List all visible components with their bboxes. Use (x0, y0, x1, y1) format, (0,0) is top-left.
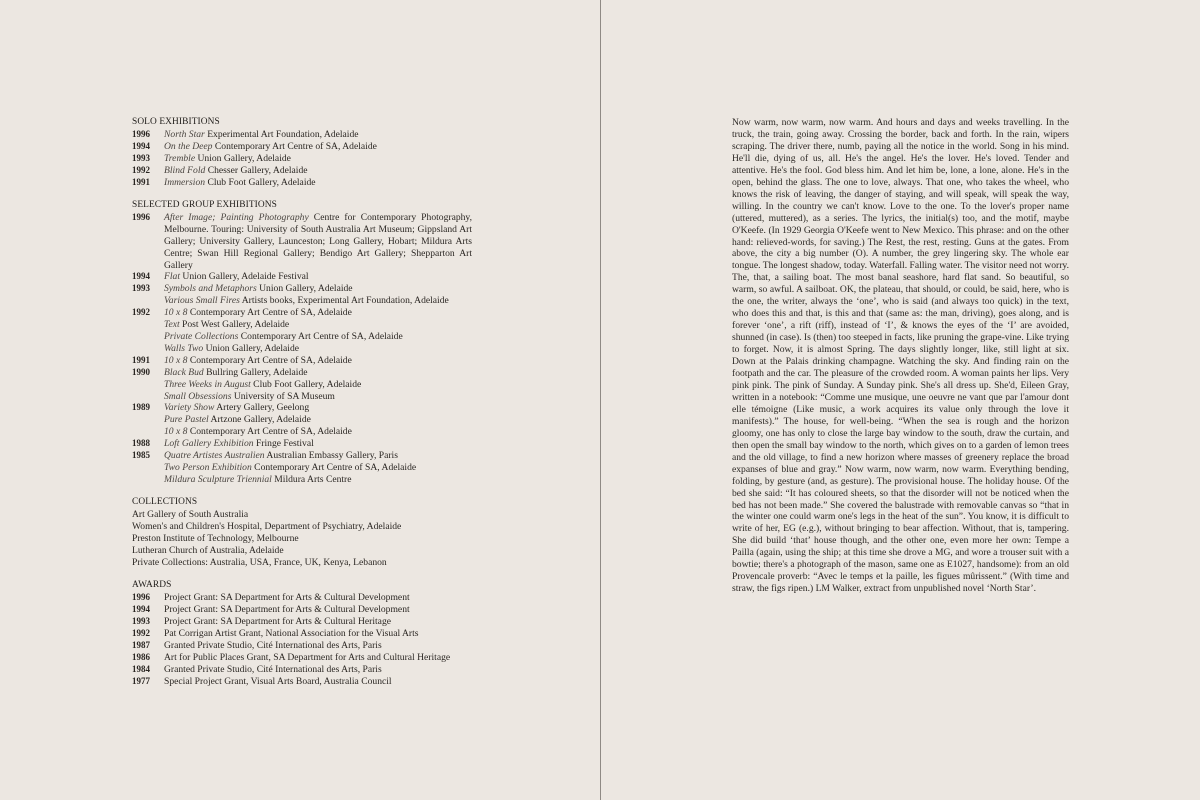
entry-line: Three Weeks in August Club Foot Gallery,… (164, 379, 472, 391)
collection-item: Preston Institute of Technology, Melbour… (132, 533, 472, 545)
novel-extract-text: Now warm, now warm, now warm. And hours … (732, 117, 1069, 595)
exhibition-title: After Image; Painting Photography (164, 212, 309, 223)
exhibition-venue: Mildura Arts Centre (272, 474, 352, 485)
exhibition-title: Symbols and Metaphors (164, 283, 257, 294)
exhibition-venue: Union Gallery, Adelaide Festival (180, 271, 309, 282)
entry-year: 1984 (132, 664, 164, 676)
entry-line: 10 x 8 Contemporary Art Centre of SA, Ad… (164, 426, 472, 438)
entry-body: 10 x 8 Contemporary Art Centre of SA, Ad… (164, 355, 472, 367)
entry-line: Private Collections Contemporary Art Cen… (164, 331, 472, 343)
entry-body: Tremble Union Gallery, Adelaide (164, 153, 472, 165)
exhibition-venue: Post West Gallery, Adelaide (180, 319, 290, 330)
award-text: Art for Public Places Grant, SA Departme… (164, 652, 472, 664)
exhibition-title: 10 x 8 (164, 426, 187, 437)
entry-year: 1993 (132, 616, 164, 628)
exhibition-entry: 1994 On the Deep Contemporary Art Centre… (132, 141, 472, 153)
entry-year: 1986 (132, 652, 164, 664)
entry-line: Flat Union Gallery, Adelaide Festival (164, 271, 472, 283)
exhibition-title: Immersion (164, 177, 205, 188)
exhibition-venue: Artzone Gallery, Adelaide (209, 414, 311, 425)
group-exhibitions-section: SELECTED GROUP EXHIBITIONS 1996 After Im… (132, 200, 472, 486)
entry-year: 1993 (132, 153, 164, 165)
section-heading: COLLECTIONS (132, 497, 472, 509)
entry-body: Quatre Artistes Australien Australian Em… (164, 450, 472, 486)
exhibition-venue: Club Foot Gallery, Adelaide (205, 177, 316, 188)
exhibition-venue: Contemporary Art Centre of SA, Adelaide (187, 355, 351, 366)
exhibition-entry: 1996 North Star Experimental Art Foundat… (132, 129, 472, 141)
exhibition-venue: Fringe Festival (254, 438, 314, 449)
entry-line: Walls Two Union Gallery, Adelaide (164, 343, 472, 355)
award-text: Special Project Grant, Visual Arts Board… (164, 676, 472, 688)
exhibition-title: Various Small Fires (164, 295, 240, 306)
entry-line: 10 x 8 Contemporary Art Centre of SA, Ad… (164, 307, 472, 319)
entry-body: Variety Show Artery Gallery, Geelong Pur… (164, 402, 472, 438)
entry-line: Black Bud Bullring Gallery, Adelaide (164, 367, 472, 379)
entry-year: 1991 (132, 177, 164, 189)
exhibition-entry: 1994 Flat Union Gallery, Adelaide Festiv… (132, 271, 472, 283)
award-text: Granted Private Studio, Cité Internation… (164, 640, 472, 652)
exhibition-venue: Artists books, Experimental Art Foundati… (240, 295, 449, 306)
entry-line: Loft Gallery Exhibition Fringe Festival (164, 438, 472, 450)
award-entry: 1992 Pat Corrigan Artist Grant, National… (132, 628, 472, 640)
exhibition-entry: 1985 Quatre Artistes Australien Australi… (132, 450, 472, 486)
exhibition-entry: 1991 Immersion Club Foot Gallery, Adelai… (132, 177, 472, 189)
exhibition-title: 10 x 8 (164, 355, 187, 366)
exhibition-title: Loft Gallery Exhibition (164, 438, 254, 449)
exhibition-venue: Bullring Gallery, Adelaide (204, 367, 308, 378)
entry-year: 1994 (132, 271, 164, 283)
entry-year: 1992 (132, 628, 164, 640)
entry-year: 1985 (132, 450, 164, 486)
exhibition-venue: Club Foot Gallery, Adelaide (251, 379, 362, 390)
award-text: Pat Corrigan Artist Grant, National Asso… (164, 628, 472, 640)
exhibition-title: Tremble (164, 153, 195, 164)
exhibition-venue: Contemporary Art Centre of SA, Adelaide (187, 426, 351, 437)
entry-line: Text Post West Gallery, Adelaide (164, 319, 472, 331)
exhibition-venue: Contemporary Art Centre of SA, Adelaide (238, 331, 402, 342)
exhibition-entry: 1989 Variety Show Artery Gallery, Geelon… (132, 402, 472, 438)
exhibition-title: On the Deep (164, 141, 212, 152)
entry-year: 1992 (132, 165, 164, 177)
exhibition-title: Text (164, 319, 180, 330)
entry-year: 1988 (132, 438, 164, 450)
entry-line: North Star Experimental Art Foundation, … (164, 129, 472, 141)
exhibition-title: Two Person Exhibition (164, 462, 252, 473)
entry-year: 1994 (132, 604, 164, 616)
entry-year: 1989 (132, 402, 164, 438)
award-entry: 1977 Special Project Grant, Visual Arts … (132, 676, 472, 688)
exhibition-title: Pure Pastel (164, 414, 209, 425)
entry-year: 1977 (132, 676, 164, 688)
exhibition-entry: 1993 Tremble Union Gallery, Adelaide (132, 153, 472, 165)
award-entry: 1993 Project Grant: SA Department for Ar… (132, 616, 472, 628)
exhibition-title: North Star (164, 129, 205, 140)
exhibition-entry: 1988 Loft Gallery Exhibition Fringe Fest… (132, 438, 472, 450)
exhibition-title: Flat (164, 271, 180, 282)
exhibition-venue: Union Gallery, Adelaide (203, 343, 299, 354)
entry-body: Flat Union Gallery, Adelaide Festival (164, 271, 472, 283)
exhibition-title: Walls Two (164, 343, 203, 354)
entry-year: 1992 (132, 307, 164, 355)
award-entry: 1986 Art for Public Places Grant, SA Dep… (132, 652, 472, 664)
entry-line: Mildura Sculpture Triennial Mildura Arts… (164, 474, 472, 486)
exhibition-title: Quatre Artistes Australien (164, 450, 265, 461)
award-entry: 1984 Granted Private Studio, Cité Intern… (132, 664, 472, 676)
entry-body: Black Bud Bullring Gallery, Adelaide Thr… (164, 367, 472, 403)
award-text: Project Grant: SA Department for Arts & … (164, 604, 472, 616)
exhibition-title: Variety Show (164, 402, 214, 413)
exhibition-title: Small Obsessions (164, 391, 231, 402)
entry-line: On the Deep Contemporary Art Centre of S… (164, 141, 472, 153)
left-page: SOLO EXHIBITIONS 1996 North Star Experim… (0, 0, 600, 800)
exhibition-venue: University of SA Museum (231, 391, 334, 402)
entry-year: 1990 (132, 367, 164, 403)
exhibition-venue: Union Gallery, Adelaide (257, 283, 353, 294)
entry-line: Small Obsessions University of SA Museum (164, 391, 472, 403)
entry-year: 1996 (132, 212, 164, 272)
entry-line: Various Small Fires Artists books, Exper… (164, 295, 472, 307)
entry-line: Pure Pastel Artzone Gallery, Adelaide (164, 414, 472, 426)
collections-section: COLLECTIONS Art Gallery of South Austral… (132, 497, 472, 568)
entry-body: After Image; Painting Photography Centre… (164, 212, 472, 272)
exhibition-title: Three Weeks in August (164, 379, 251, 390)
exhibition-entry: 1996 After Image; Painting Photography C… (132, 212, 472, 272)
award-entry: 1994 Project Grant: SA Department for Ar… (132, 604, 472, 616)
entry-body: Blind Fold Chesser Gallery, Adelaide (164, 165, 472, 177)
award-text: Granted Private Studio, Cité Internation… (164, 664, 472, 676)
exhibition-title: Mildura Sculpture Triennial (164, 474, 272, 485)
exhibition-entry: 1990 Black Bud Bullring Gallery, Adelaid… (132, 367, 472, 403)
entry-year: 1987 (132, 640, 164, 652)
section-heading: SELECTED GROUP EXHIBITIONS (132, 200, 472, 212)
award-entry: 1987 Granted Private Studio, Cité Intern… (132, 640, 472, 652)
entry-line: Two Person Exhibition Contemporary Art C… (164, 462, 472, 474)
entry-body: 10 x 8 Contemporary Art Centre of SA, Ad… (164, 307, 472, 355)
exhibition-entry: 1993 Symbols and Metaphors Union Gallery… (132, 283, 472, 307)
entry-body: North Star Experimental Art Foundation, … (164, 129, 472, 141)
entry-line: Variety Show Artery Gallery, Geelong (164, 402, 472, 414)
exhibition-venue: Contemporary Art Centre of SA, Adelaide (212, 141, 376, 152)
exhibition-venue: Union Gallery, Adelaide (195, 153, 291, 164)
award-text: Project Grant: SA Department for Arts & … (164, 616, 472, 628)
exhibition-title: 10 x 8 (164, 307, 187, 318)
exhibition-entry: 1992 Blind Fold Chesser Gallery, Adelaid… (132, 165, 472, 177)
entry-line: Tremble Union Gallery, Adelaide (164, 153, 472, 165)
section-heading: SOLO EXHIBITIONS (132, 117, 472, 129)
collection-item: Art Gallery of South Australia (132, 509, 472, 521)
exhibition-venue: Australian Embassy Gallery, Paris (265, 450, 398, 461)
entry-year: 1996 (132, 592, 164, 604)
exhibition-title: Black Bud (164, 367, 204, 378)
exhibition-venue: Contemporary Art Centre of SA, Adelaide (252, 462, 416, 473)
award-text: Project Grant: SA Department for Arts & … (164, 592, 472, 604)
entry-line: Blind Fold Chesser Gallery, Adelaide (164, 165, 472, 177)
collection-item: Private Collections: Australia, USA, Fra… (132, 557, 472, 569)
exhibition-venue: Artery Gallery, Geelong (214, 402, 309, 413)
collection-item: Lutheran Church of Australia, Adelaide (132, 545, 472, 557)
book-spread: SOLO EXHIBITIONS 1996 North Star Experim… (0, 0, 1200, 800)
solo-exhibitions-section: SOLO EXHIBITIONS 1996 North Star Experim… (132, 117, 472, 188)
collection-item: Women's and Children's Hospital, Departm… (132, 521, 472, 533)
entry-year: 1991 (132, 355, 164, 367)
entry-line: Quatre Artistes Australien Australian Em… (164, 450, 472, 462)
exhibition-venue: Chesser Gallery, Adelaide (205, 165, 307, 176)
entry-year: 1993 (132, 283, 164, 307)
awards-section: AWARDS 1996 Project Grant: SA Department… (132, 580, 472, 687)
entry-line: After Image; Painting Photography Centre… (164, 212, 472, 272)
section-heading: AWARDS (132, 580, 472, 592)
entry-line: Immersion Club Foot Gallery, Adelaide (164, 177, 472, 189)
entry-year: 1996 (132, 129, 164, 141)
entry-body: Immersion Club Foot Gallery, Adelaide (164, 177, 472, 189)
entry-line: 10 x 8 Contemporary Art Centre of SA, Ad… (164, 355, 472, 367)
entry-body: Symbols and Metaphors Union Gallery, Ade… (164, 283, 472, 307)
exhibition-entry: 1992 10 x 8 Contemporary Art Centre of S… (132, 307, 472, 355)
exhibition-venue: Experimental Art Foundation, Adelaide (205, 129, 359, 140)
exhibition-venue: Contemporary Art Centre of SA, Adelaide (187, 307, 351, 318)
exhibition-title: Private Collections (164, 331, 238, 342)
award-entry: 1996 Project Grant: SA Department for Ar… (132, 592, 472, 604)
cv-column: SOLO EXHIBITIONS 1996 North Star Experim… (132, 117, 472, 699)
entry-body: On the Deep Contemporary Art Centre of S… (164, 141, 472, 153)
exhibition-entry: 1991 10 x 8 Contemporary Art Centre of S… (132, 355, 472, 367)
entry-line: Symbols and Metaphors Union Gallery, Ade… (164, 283, 472, 295)
entry-body: Loft Gallery Exhibition Fringe Festival (164, 438, 472, 450)
entry-year: 1994 (132, 141, 164, 153)
exhibition-title: Blind Fold (164, 165, 205, 176)
